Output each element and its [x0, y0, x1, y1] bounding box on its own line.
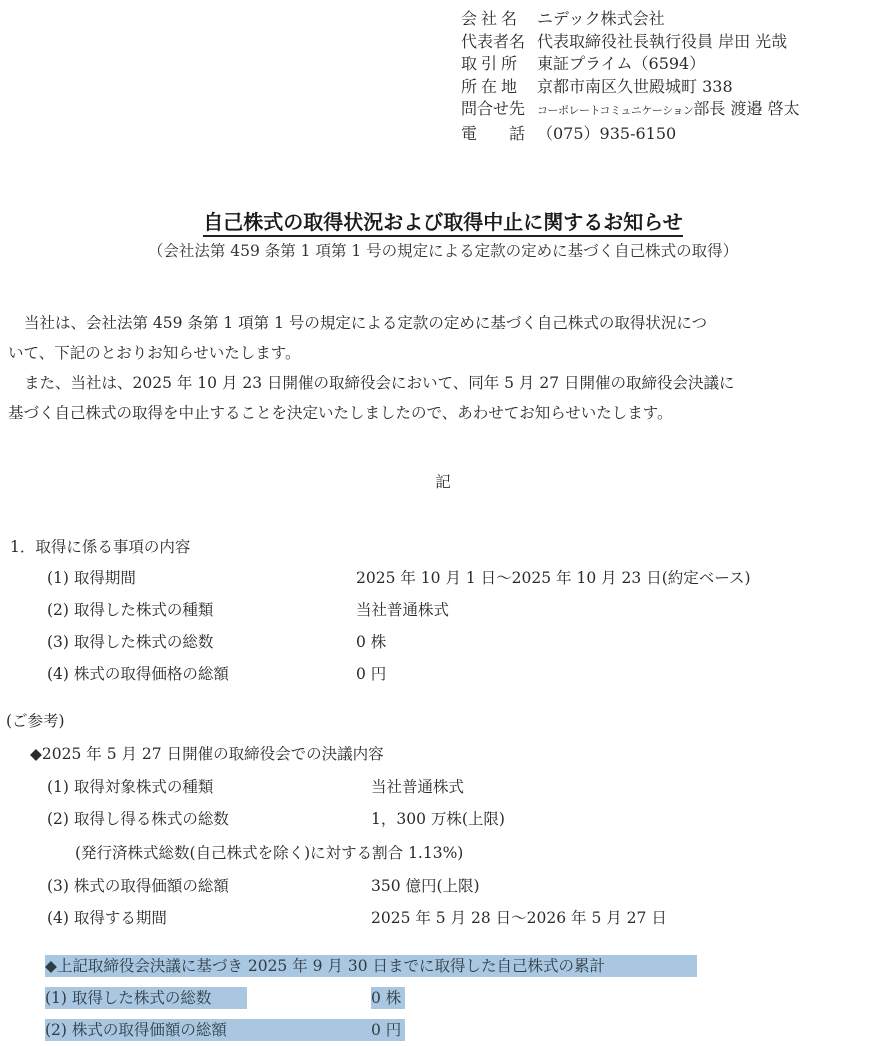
section-1-item-1-value: 2025 年 10 月 1 日～2025 年 10 月 23 日(約定ベース) [356, 566, 751, 588]
company-name-row: 会社名 ニデック株式会社 [461, 8, 800, 31]
section-1-item-1-label: (1) 取得期間 [47, 566, 136, 588]
paragraph-1-line-1: 当社は、会社法第 459 条第 1 項第 1 号の規定による定款の定めに基づく自… [24, 311, 707, 333]
cumulative-item-1-label: (1) 取得した株式の総数 [45, 987, 247, 1009]
phone-key: 電 話 [461, 123, 537, 146]
section-1-item-4-label: (4) 株式の取得価格の総額 [47, 662, 229, 684]
phone-value: （075）935-6150 [537, 123, 676, 146]
exchange-row: 取引所 東証プライム（6594） [461, 53, 800, 76]
resolution-item-3-value: 350 億円(上限) [371, 874, 480, 896]
resolution-item-1-value: 当社普通株式 [371, 775, 464, 797]
resolution-item-1-label: (1) 取得対象株式の種類 [47, 775, 213, 797]
address-value: 京都市南区久世殿城町 338 [537, 76, 733, 99]
representative-key: 代表者名 [461, 31, 537, 54]
contact-key: 問合せ先 [461, 98, 537, 123]
exchange-value: 東証プライム（6594） [537, 53, 705, 76]
phone-row: 電 話 （075）935-6150 [461, 123, 800, 146]
cumulative-item-2-value: 0 円 [371, 1019, 401, 1041]
representative-row: 代表者名 代表取締役社長執行役員 岸田 光哉 [461, 31, 800, 54]
cumulative-heading: ◆上記取締役会決議に基づき 2025 年 9 月 30 日までに取得した自己株式… [45, 955, 697, 977]
section-1-item-4-value: 0 円 [356, 662, 386, 684]
section-1-heading: 1．取得に係る事項の内容 [10, 535, 190, 557]
section-1-item-2-value: 当社普通株式 [356, 598, 449, 620]
company-name-key: 会社名 [461, 8, 537, 31]
contact-row: 問合せ先 コーポレートコミュニケーション部長 渡邉 啓太 [461, 98, 800, 123]
contact-value: コーポレートコミュニケーション部長 渡邉 啓太 [537, 98, 800, 123]
cumulative-item-1-value: 0 株 [371, 987, 405, 1009]
paragraph-2-line-2: 基づく自己株式の取得を中止することを決定いたしましたので、あわせてお知らせいたし… [8, 401, 673, 423]
resolution-item-2-value: 1，300 万株(上限) [371, 807, 505, 829]
contact-person: 部長 渡邉 啓太 [693, 99, 799, 118]
reference-heading: (ご参考) [6, 709, 65, 731]
section-1-item-3-value: 0 株 [356, 630, 386, 652]
paragraph-1-line-2: いて、下記のとおりお知らせいたします。 [8, 341, 301, 363]
exchange-key: 取引所 [461, 53, 537, 76]
section-1-item-3-label: (3) 取得した株式の総数 [47, 630, 213, 652]
cumulative-item-2-label: 株式の取得価額の総額 [72, 1021, 227, 1039]
page-title-text: 自己株式の取得状況および取得中止に関するお知らせ [203, 210, 682, 237]
address-key: 所在地 [461, 76, 537, 99]
page-title: 自己株式の取得状況および取得中止に関するお知らせ [0, 206, 886, 235]
contact-department: コーポレートコミュニケーション [537, 104, 693, 117]
resolution-item-2-label: (2) 取得し得る株式の総数 [47, 807, 229, 829]
cumulative-item-2-row: (2) 株式の取得価額の総額0 円 [45, 1019, 405, 1041]
resolution-item-3-label: (3) 株式の取得価額の総額 [47, 874, 229, 896]
paragraph-2-line-1: また、当社は、2025 年 10 月 23 日開催の取締役会において、同年 5 … [24, 371, 735, 393]
page-subtitle: （会社法第 459 条第 1 項第 1 号の規定による定款の定めに基づく自己株式… [0, 239, 886, 261]
address-row: 所在地 京都市南区久世殿城町 338 [461, 76, 800, 99]
representative-value: 代表取締役社長執行役員 岸田 光哉 [537, 31, 787, 54]
resolution-heading: ◆2025 年 5 月 27 日開催の取締役会での決議内容 [30, 742, 384, 764]
resolution-ratio-note: (発行済株式総数(自己株式を除く)に対する割合 1.13%) [75, 841, 463, 863]
resolution-item-4-label: (4) 取得する期間 [47, 906, 167, 928]
company-name-value: ニデック株式会社 [537, 8, 665, 31]
resolution-item-4-value: 2025 年 5 月 28 日～2026 年 5 月 27 日 [371, 906, 667, 928]
note-mark: 記 [0, 470, 886, 492]
company-info: 会社名 ニデック株式会社 代表者名 代表取締役社長執行役員 岸田 光哉 取引所 … [461, 8, 800, 145]
section-1-item-2-label: (2) 取得した株式の種類 [47, 598, 213, 620]
